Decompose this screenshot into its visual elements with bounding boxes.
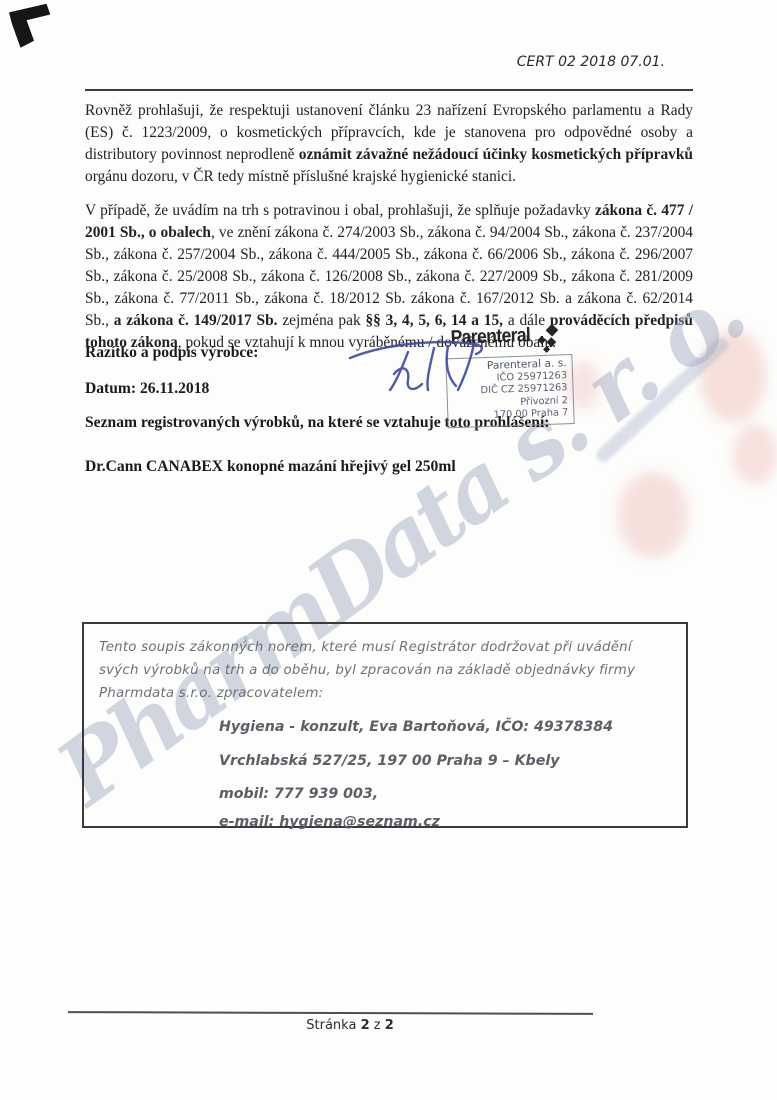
contact-name: Hygiena - konzult, Eva Bartoňová, IČO: 4… <box>219 719 671 735</box>
processor-info-box: Tento soupis zákonných norem, které musí… <box>82 622 688 828</box>
product-name: Dr.Cann CANABEX konopné mazání hřejivý g… <box>85 458 456 476</box>
contact-address: Vrchlabská 527/25, 197 00 Praha 9 – Kbel… <box>219 753 671 769</box>
date-label: Datum: 26.11.2018 <box>85 380 209 398</box>
stamp-diamonds-icon <box>534 323 561 354</box>
processor-note: Tento soupis zákonných norem, které musí… <box>99 636 671 705</box>
footer-rule <box>68 1011 593 1015</box>
stamp-city: 170 00 Praha 7 <box>450 408 568 425</box>
contact-mobile: mobil: 777 939 003, <box>219 786 671 802</box>
stamp-signature-label: Razítko a podpis výrobce: <box>85 344 258 362</box>
page-number: Stránka 2 z 2 <box>280 1018 420 1033</box>
pink-ink-blot <box>618 472 688 558</box>
paragraph-cosmetics-regulation: Rovněž prohlašuji, že respektuji ustanov… <box>85 100 693 188</box>
document-code: CERT 02 2018 07.01. <box>420 54 665 70</box>
scanned-document-page: PharmData s. r. o. CERT 02 2018 07.01. R… <box>0 0 777 1100</box>
pink-ink-blot <box>700 330 766 422</box>
contact-email: e-mail: hygiena@seznam.cz <box>219 814 671 830</box>
scan-corner-mark <box>4 2 60 54</box>
handwritten-signature <box>346 328 516 408</box>
pink-ink-blot <box>733 424 777 484</box>
header-rule <box>85 89 693 91</box>
